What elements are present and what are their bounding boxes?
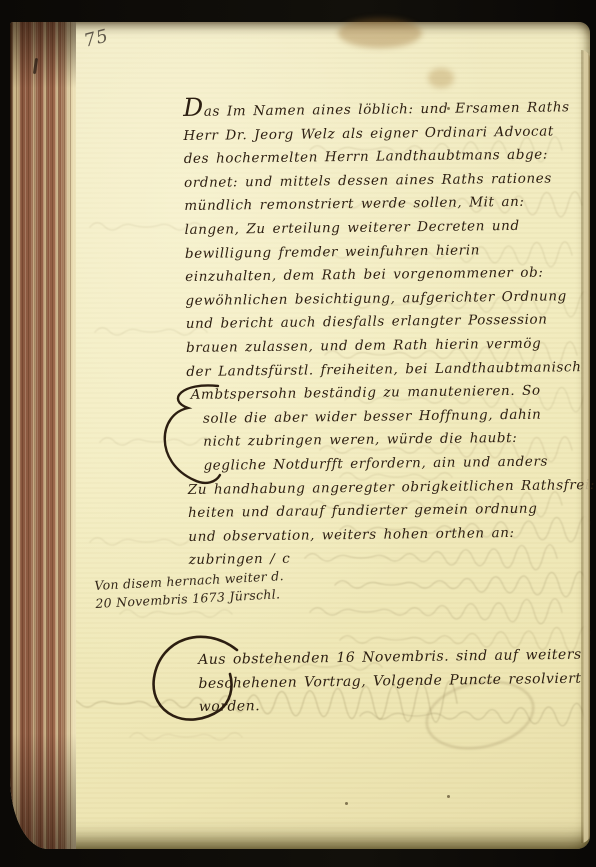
book-page: 75 Das Im Namen aines löblich: und Ersam…	[10, 22, 590, 849]
main-text-block: Das Im Namen aines löblich: und Ersamen …	[183, 91, 593, 573]
ink-speck	[345, 802, 348, 805]
closing-paragraph: Aus obstehenden 16 Novembris. sind auf w…	[198, 644, 589, 720]
manuscript-line: heiten und darauf fundierter gemein ordn…	[188, 497, 592, 526]
paper-stain	[428, 68, 454, 88]
ink-mark	[33, 58, 38, 74]
paper-stain	[338, 18, 422, 48]
ink-speck	[447, 795, 450, 798]
manuscript-line: Das Im Namen aines löblich: und Ersamen …	[183, 91, 587, 125]
page-right-edge	[581, 50, 590, 843]
manuscript-photo: 75 Das Im Namen aines löblich: und Ersam…	[0, 0, 596, 867]
book-binding-edge	[10, 22, 76, 849]
